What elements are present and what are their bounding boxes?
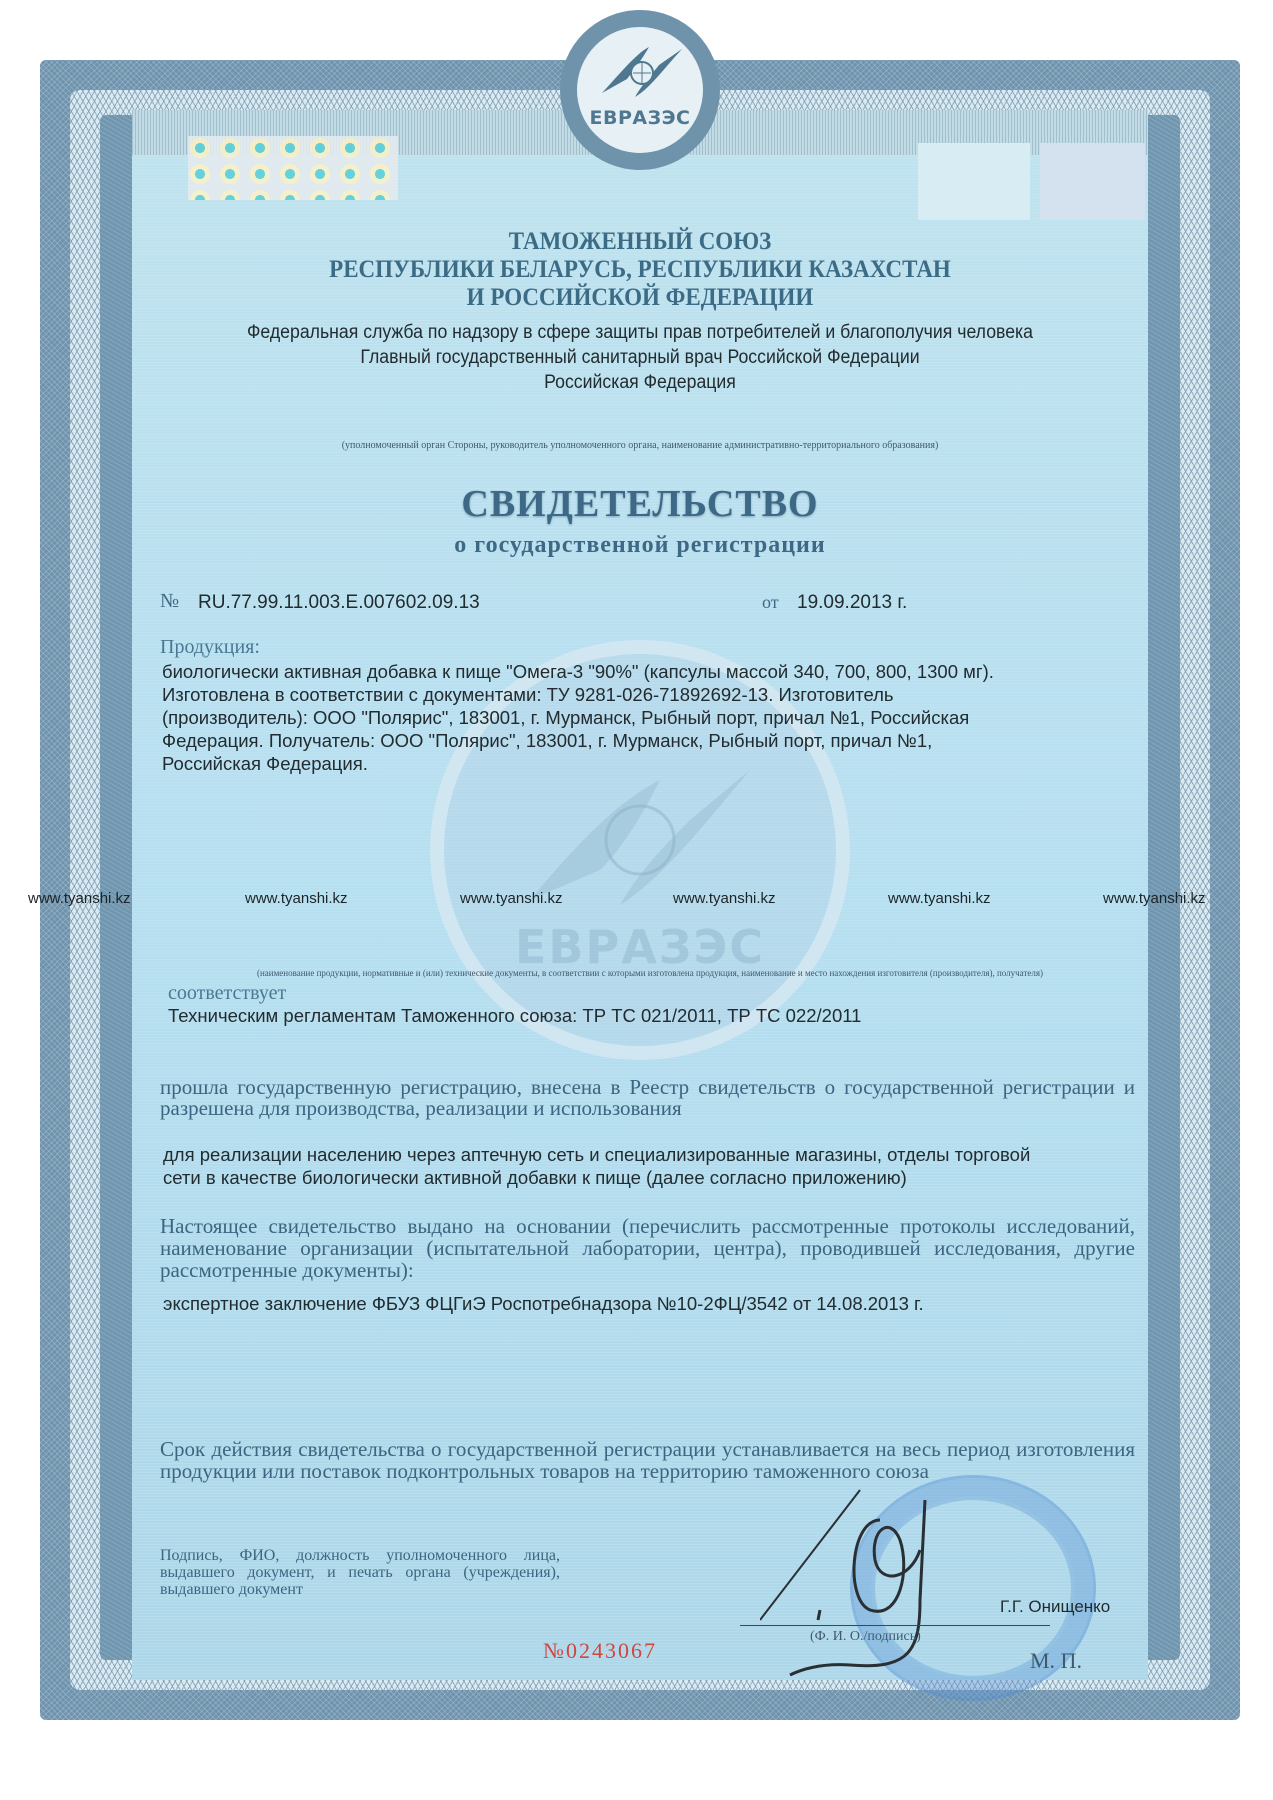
agency-line: Российская Федерация: [184, 370, 1095, 395]
watermark-url: www.tyanshi.kz: [1103, 890, 1206, 907]
product-line: Изготовлена в соответствии с документами…: [162, 683, 1142, 706]
heading-line: И РОССИЙСКОЙ ФЕДЕРАЦИИ: [189, 284, 1091, 312]
certificate-title: СВИДЕТЕЛЬСТВО: [150, 482, 1130, 526]
certificate-date: 19.09.2013 г.: [797, 592, 907, 614]
heading-line: РЕСПУБЛИКИ БЕЛАРУСЬ, РЕСПУБЛИКИ КАЗАХСТА…: [189, 256, 1091, 284]
product-label: Продукция:: [160, 636, 260, 659]
watermark-label: ЕВРАЗЭС: [490, 920, 790, 974]
signatory-name: Г.Г. Онищенко: [1000, 1597, 1110, 1617]
issuing-agency: Федеральная служба по надзору в сфере за…: [184, 320, 1095, 395]
eurasec-emblem: ЕВРАЗЭС: [560, 10, 720, 170]
seal-label: М. П.: [1030, 1648, 1082, 1674]
basis-statement: Настоящее свидетельство выдано на основа…: [160, 1215, 1135, 1281]
agency-line: Главный государственный санитарный врач …: [184, 345, 1095, 370]
authority-caption: (уполномоченный орган Стороны, руководит…: [150, 440, 1130, 451]
customs-union-heading: ТАМОЖЕННЫЙ СОЮЗ РЕСПУБЛИКИ БЕЛАРУСЬ, РЕС…: [189, 228, 1091, 312]
usage-line: для реализации населению через аптечную …: [163, 1143, 1148, 1166]
product-line: Федерация. Получатель: ООО "Полярис", 18…: [162, 729, 1142, 752]
usage-line: сети в качестве биологически активной до…: [163, 1166, 1148, 1189]
watermark-url: www.tyanshi.kz: [888, 890, 991, 907]
product-caption: (наименование продукции, нормативные и (…: [155, 968, 1145, 978]
hologram-strip-icon: [188, 136, 398, 200]
signature-line-caption: (Ф. И. О./подпись): [810, 1629, 921, 1645]
product-line: (производитель): ООО "Полярис", 183001, …: [162, 706, 1142, 729]
emblem-label: ЕВРАЗЭС: [590, 107, 691, 129]
signature-line: [740, 1625, 1050, 1626]
watermark-url: www.tyanshi.kz: [245, 890, 348, 907]
signature-icon: [760, 1480, 990, 1680]
certificate-subtitle: о государственной регистрации: [150, 532, 1130, 559]
serial-number: №0243067: [543, 1638, 657, 1664]
conformity-label: соответствует: [168, 982, 286, 1005]
conformity-value: Техническим регламентам Таможенного союз…: [168, 1004, 861, 1027]
product-line: биологически активная добавка к пище "Ом…: [162, 660, 1142, 683]
watermark-url: www.tyanshi.kz: [673, 890, 776, 907]
agency-line: Федеральная служба по надзору в сфере за…: [184, 320, 1095, 345]
heading-line: ТАМОЖЕННЫЙ СОЮЗ: [189, 228, 1091, 256]
watermark-logo-icon: [520, 760, 760, 910]
security-patch: [1040, 143, 1145, 220]
number-label: №: [160, 590, 179, 613]
product-description: биологически активная добавка к пище "Ом…: [162, 660, 1142, 775]
certificate-number: RU.77.99.11.003.E.007602.09.13: [198, 592, 480, 614]
watermark-url: www.tyanshi.kz: [28, 890, 131, 907]
usage-description: для реализации населению через аптечную …: [163, 1143, 1148, 1189]
eurasec-logo-icon: [597, 41, 687, 101]
security-patch: [918, 143, 1030, 220]
signature-caption: Подпись, ФИО, должность уполномоченного …: [160, 1547, 560, 1598]
registration-statement: прошла государственную регистрацию, внес…: [160, 1077, 1135, 1119]
product-line: Российская Федерация.: [162, 752, 1142, 775]
basis-value: экспертное заключение ФБУЗ ФЦГиЭ Роспотр…: [163, 1292, 924, 1315]
date-label: от: [762, 592, 779, 613]
watermark-url: www.tyanshi.kz: [460, 890, 563, 907]
